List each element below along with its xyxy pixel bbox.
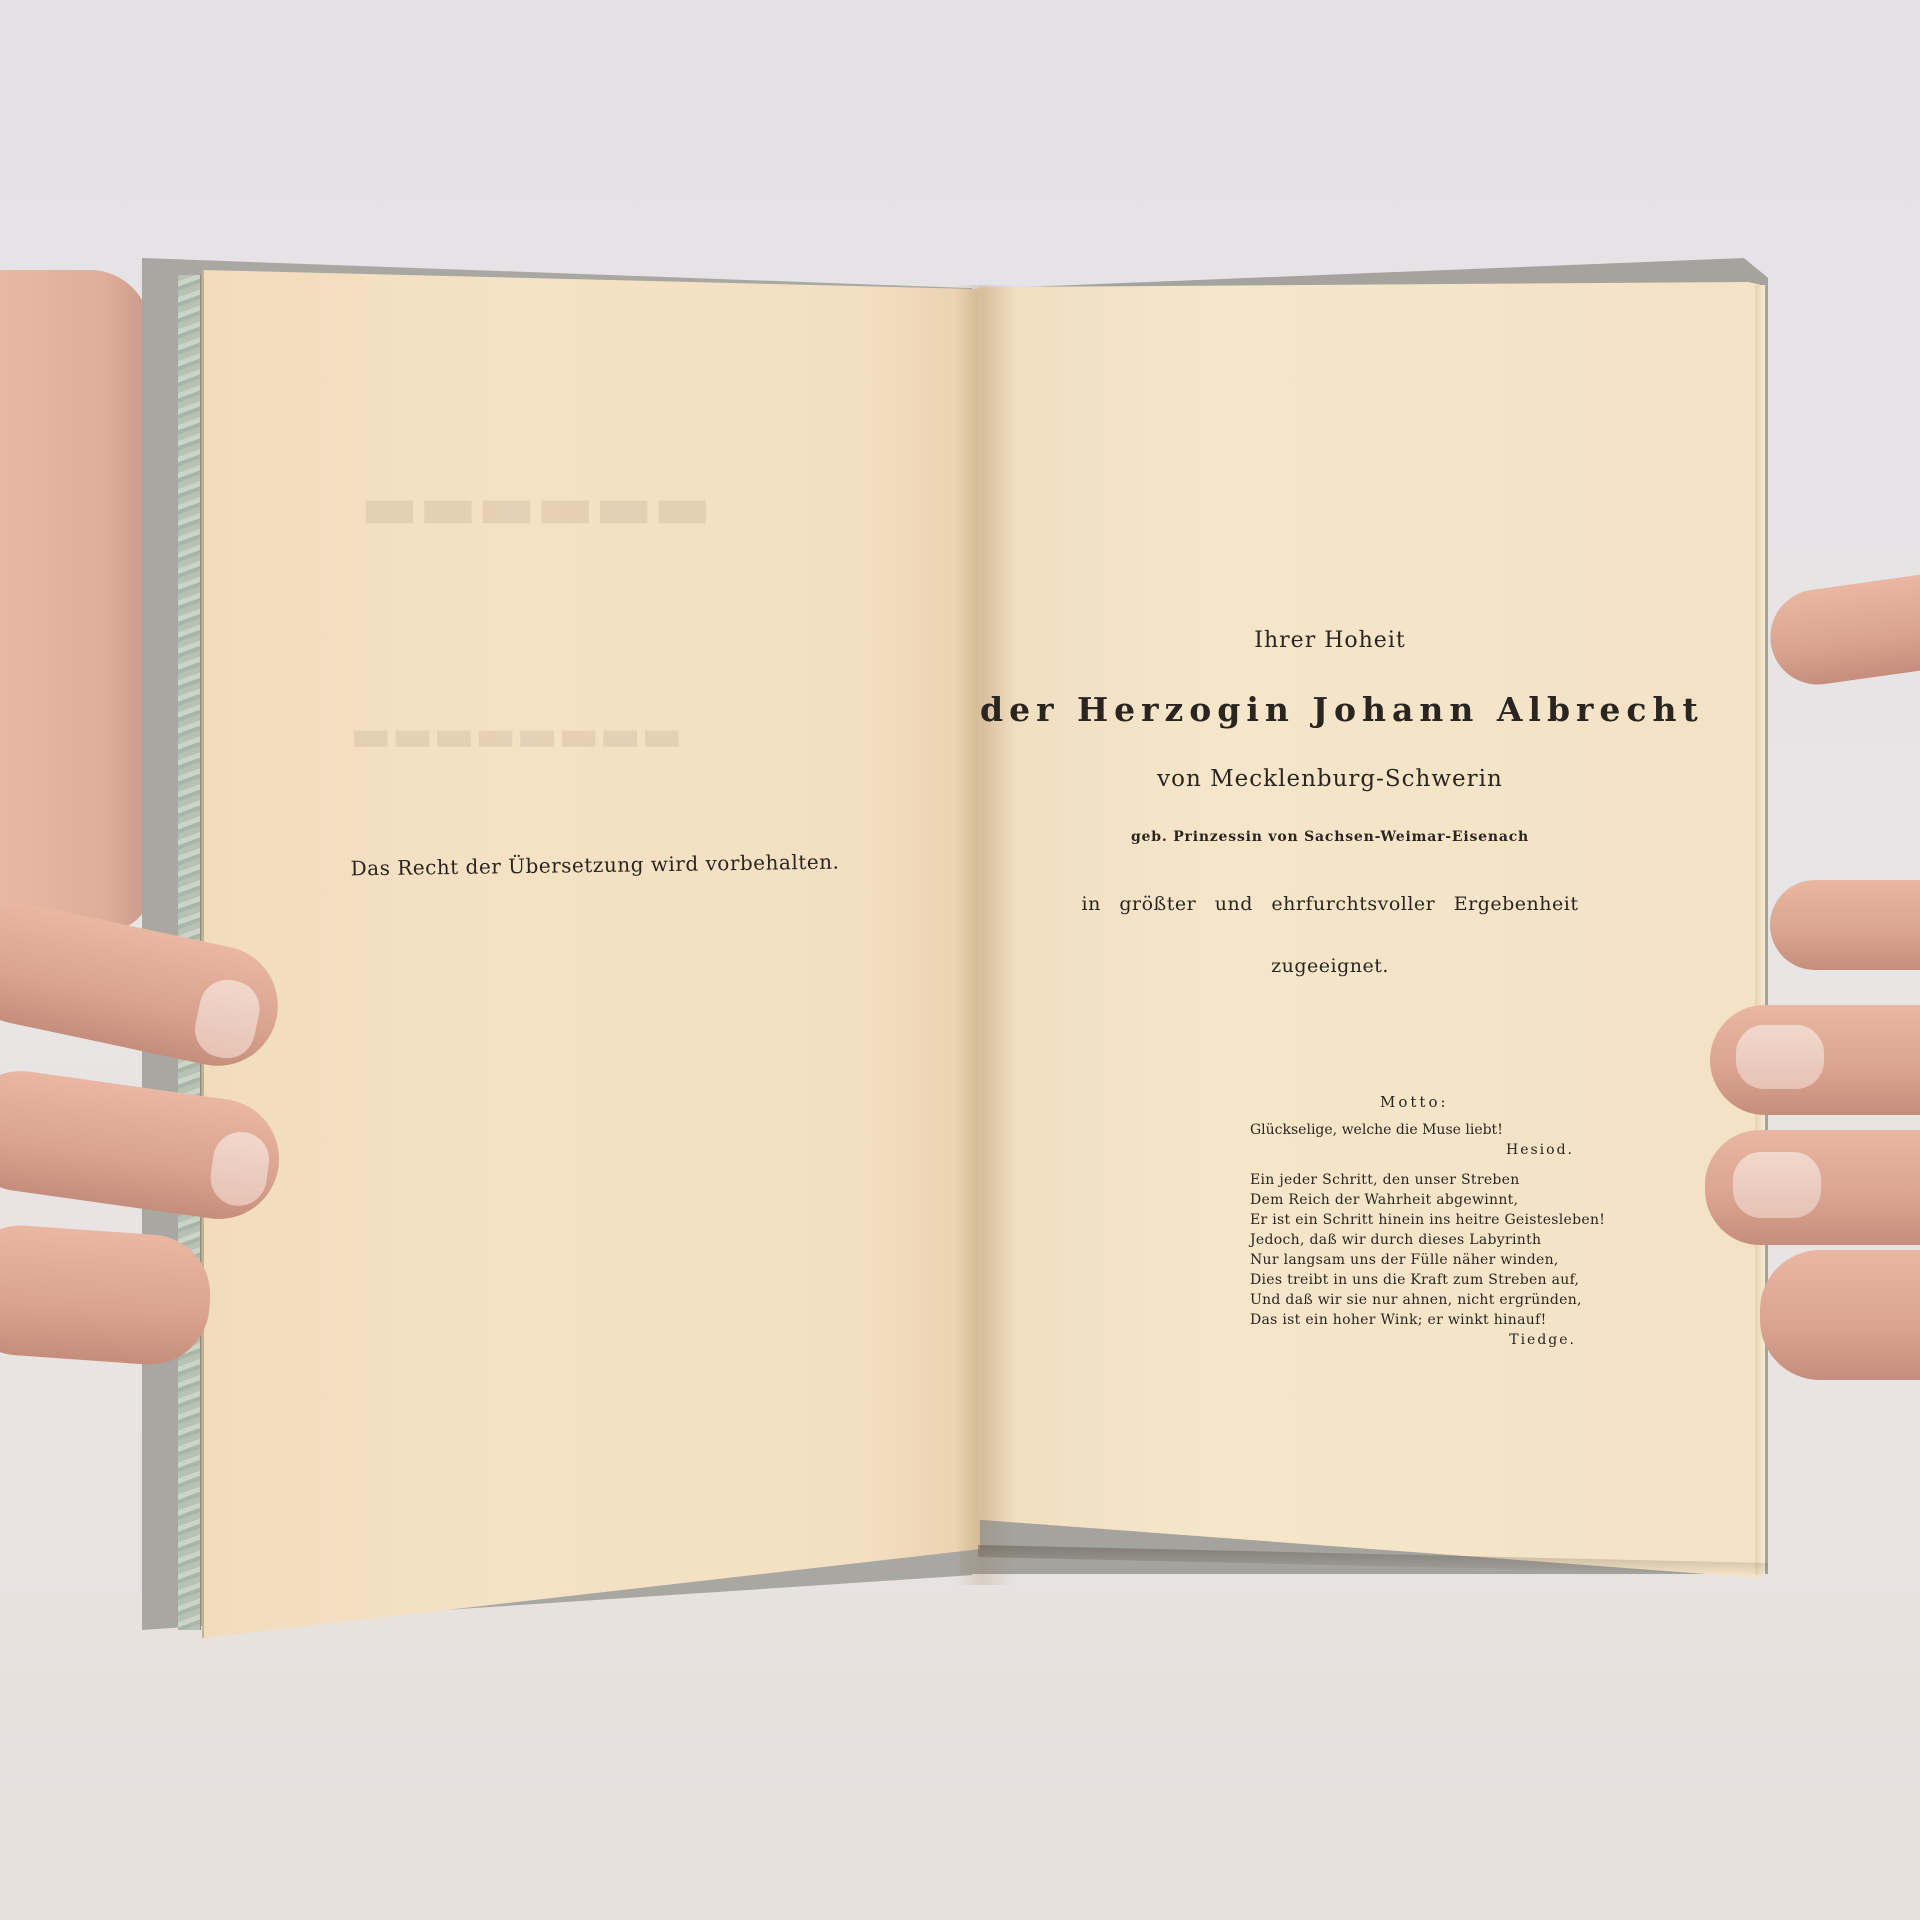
dedication-salutation: Ihrer Hoheit — [980, 628, 1680, 653]
poem-line: Und daß wir sie nur ahnen, nicht ergründ… — [1250, 1290, 1610, 1310]
poem-line: Nur langsam uns der Fülle näher winden, — [1250, 1250, 1610, 1270]
poem-line: Ein jeder Schritt, den unser Streben — [1250, 1170, 1610, 1190]
fingernail — [207, 1128, 273, 1209]
poem: Ein jeder Schritt, den unser Streben Dem… — [1250, 1170, 1610, 1330]
motto-quote-author: Hesiod. — [1250, 1140, 1610, 1160]
dedication-closing: zugeeignet. — [980, 955, 1680, 977]
right-middle-finger — [1705, 1130, 1920, 1245]
poem-line: Er ist ein Schritt hinein ins heitre Gei… — [1250, 1210, 1610, 1230]
poem-line: Dies treibt in uns die Kraft zum Streben… — [1250, 1270, 1610, 1290]
motto-heading: Motto: — [1380, 1093, 1449, 1111]
show-through-text: ▬▬▬▬▬▬ — [360, 470, 711, 543]
left-ring-finger — [0, 1221, 214, 1368]
dedication-name: der Herzogin Johann Albrecht — [980, 690, 1680, 729]
dedication-birth-title: geb. Prinzessin von Sachsen-Weimar-Eisen… — [980, 829, 1680, 845]
poem-author: Tiedge. — [1250, 1330, 1610, 1350]
fingernail — [1736, 1025, 1824, 1089]
right-ring-finger — [1760, 1250, 1920, 1380]
right-page — [978, 282, 1760, 1578]
right-finger-upper — [1770, 880, 1920, 970]
fingernail — [1733, 1152, 1821, 1218]
poem-line: Jedoch, daß wir durch dieses Labyrinth — [1250, 1230, 1610, 1250]
left-hand-palm — [0, 270, 150, 930]
poem-line: Dem Reich der Wahrheit abgewinnt, — [1250, 1190, 1610, 1210]
dedication-territory: von Mecklenburg-Schwerin — [980, 766, 1680, 792]
page-edges — [1755, 285, 1765, 1575]
fingernail — [190, 975, 265, 1064]
show-through-text: ▬▬▬▬▬▬▬▬ — [350, 710, 683, 761]
right-thumb — [1764, 574, 1920, 690]
poem-line: Das ist ein hoher Wink; er winkt hinauf! — [1250, 1310, 1610, 1330]
motto-block: Glückselige, welche die Muse liebt! Hesi… — [1250, 1120, 1610, 1350]
right-index-finger — [1710, 1005, 1920, 1115]
book-gutter — [955, 285, 1015, 1585]
motto-quote: Glückselige, welche die Muse liebt! — [1250, 1120, 1610, 1140]
dedication-phrase: in größter und ehrfurchtsvoller Ergebenh… — [980, 893, 1680, 915]
